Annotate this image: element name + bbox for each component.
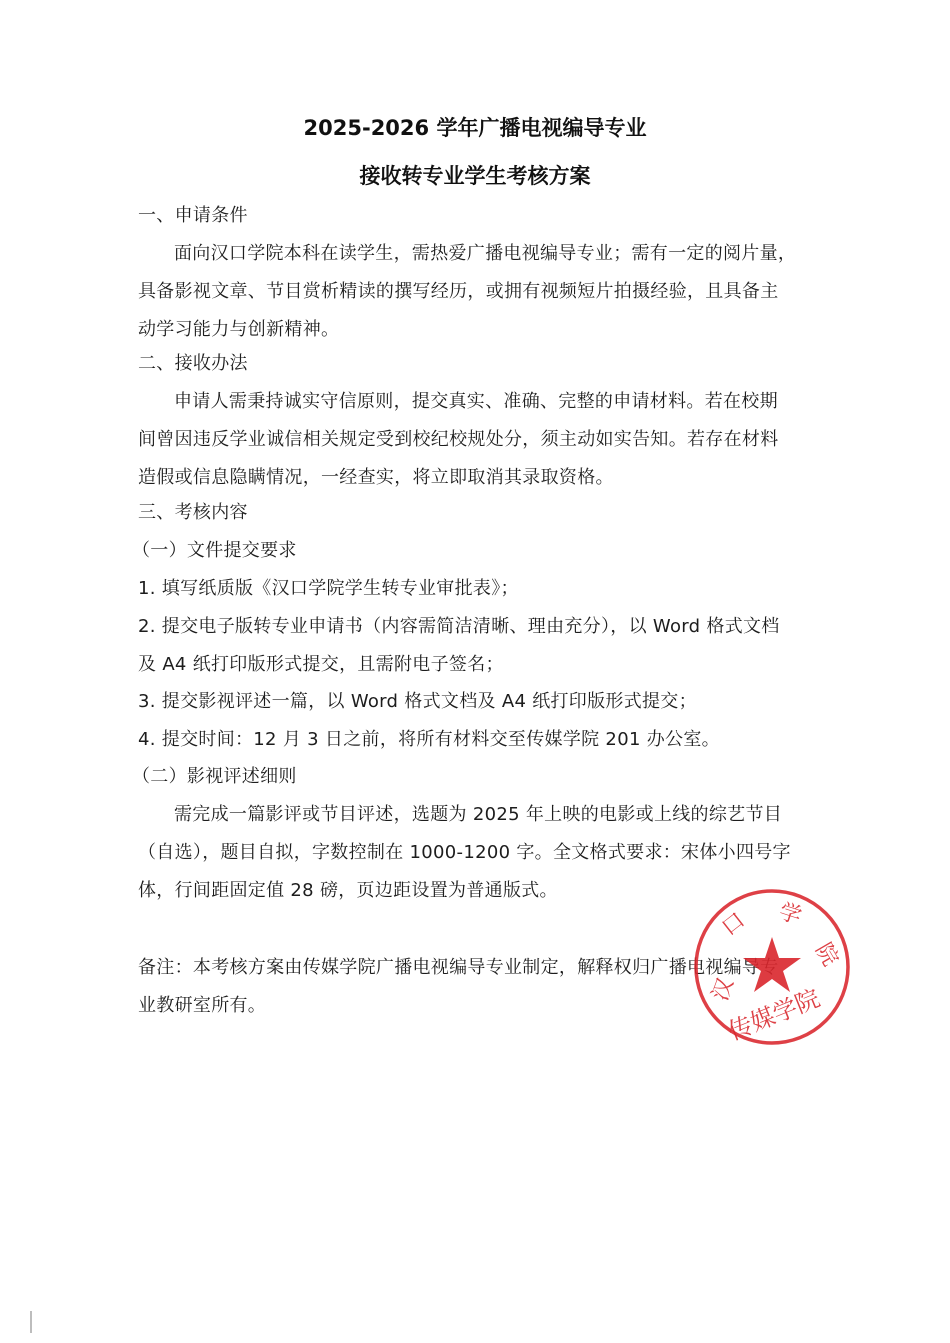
paragraph-line: 动学习能力与创新精神。 (138, 318, 339, 342)
list-item: 1. 填写纸质版《汉口学院学生转专业审批表》； (138, 577, 519, 601)
section-heading-1: 一、申请条件 (138, 204, 248, 228)
list-item: 2. 提交电子版转专业申请书（内容需简洁清晰、理由充分），以 Word 格式文档 (138, 615, 780, 639)
subsection-heading-1: （一）文件提交要求 (132, 539, 297, 563)
official-seal: 汉 口 学 院 传媒学院 (690, 885, 854, 1049)
paragraph-line: 面向汉口学院本科在读学生，需热爱广播电视编导专业；需有一定的阅片量， (174, 242, 796, 266)
paragraph-line: 造假或信息隐瞒情况，一经查实，将立即取消其录取资格。 (138, 466, 614, 490)
scan-edge-mark (30, 1311, 32, 1333)
paragraph-line: 体，行间距固定值 28 磅，页边距设置为普通版式。 (138, 879, 558, 903)
list-item: 3. 提交影视评述一篇，以 Word 格式文档及 A4 纸打印版形式提交； (138, 690, 697, 714)
list-item: 4. 提交时间：12 月 3 日之前，将所有材料交至传媒学院 201 办公室。 (138, 728, 720, 752)
paragraph-line: 间曾因违反学业诚信相关规定受到校纪校规处分，须主动如实告知。若存在材料 (138, 428, 779, 452)
paragraph-line: 申请人需秉持诚实守信原则，提交真实、准确、完整的申请材料。若在校期 (174, 390, 778, 414)
paragraph-line: 具备影视文章、节目赏析精读的撰写经历，或拥有视频短片拍摄经验，且具备主 (138, 280, 779, 304)
seal-char: 汉 (708, 975, 739, 1004)
seal-char: 院 (810, 939, 843, 971)
seal-graphic: 汉 口 学 院 传媒学院 (690, 885, 854, 1049)
seal-bottom-text: 传媒学院 (724, 984, 823, 1046)
section-heading-2: 二、接收办法 (138, 352, 248, 376)
list-item: 及 A4 纸打印版形式提交，且需附电子签名； (138, 653, 504, 677)
subsection-heading-2: （二）影视评述细则 (132, 765, 297, 789)
document-title: 2025-2026 学年广播电视编导专业 (0, 112, 950, 142)
seal-char: 学 (776, 899, 805, 930)
note-line: 备注：本考核方案由传媒学院广播电视编导专业制定，解释权归广播电视编导专 (138, 956, 779, 980)
paragraph-line: （自选），题目自拟，字数控制在 1000-1200 字。全文格式要求：宋体小四号… (138, 841, 791, 865)
paragraph-line: 需完成一篇影评或节目评述，选题为 2025 年上映的电影或上线的综艺节目 (174, 803, 782, 827)
document-page: 2025-2026 学年广播电视编导专业 接收转专业学生考核方案 一、申请条件 … (0, 0, 950, 1343)
document-subtitle: 接收转专业学生考核方案 (0, 160, 950, 190)
note-line: 业教研室所有。 (138, 994, 266, 1018)
section-heading-3: 三、考核内容 (138, 501, 248, 525)
seal-char: 口 (717, 908, 750, 941)
star-icon (743, 937, 801, 992)
